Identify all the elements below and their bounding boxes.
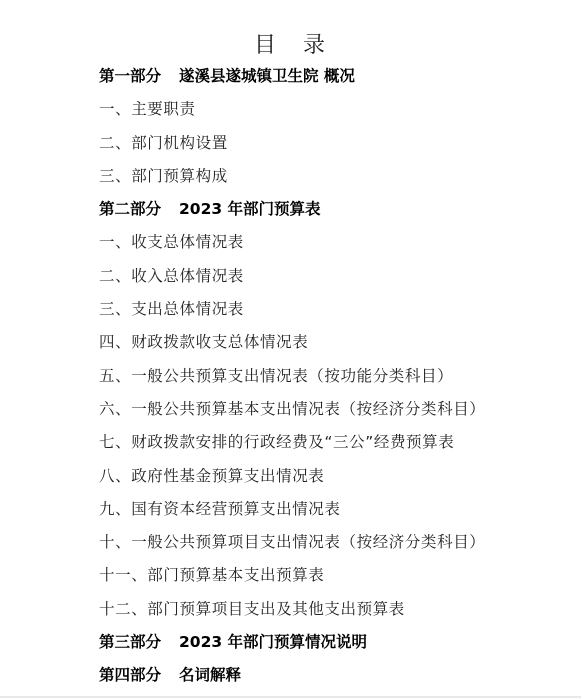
toc-part-label: 遂溪县遂城镇卫生院 概况 [179, 67, 355, 85]
table-of-contents: 第一部分遂溪县遂城镇卫生院 概况 一、主要职责 二、部门机构设置 三、部门预算构… [99, 64, 569, 697]
toc-part-number: 第二部分 [99, 200, 161, 218]
toc-part-label: 2023 年部门预算表 [179, 200, 321, 218]
toc-part-4[interactable]: 第四部分名词解释 [99, 663, 569, 696]
toc-item[interactable]: 九、国有资本经营预算支出情况表 [99, 497, 569, 530]
toc-item[interactable]: 三、支出总体情况表 [99, 297, 569, 330]
toc-item[interactable]: 二、部门机构设置 [99, 131, 569, 164]
toc-part-label: 名词解释 [179, 666, 241, 684]
toc-item[interactable]: 十二、部门预算项目支出及其他支出预算表 [99, 597, 569, 630]
toc-item[interactable]: 四、财政拨款收支总体情况表 [99, 330, 569, 363]
toc-item[interactable]: 二、收入总体情况表 [99, 264, 569, 297]
toc-item[interactable]: 七、财政拨款安排的行政经费及“三公”经费预算表 [99, 430, 569, 463]
toc-part-label: 2023 年部门预算情况说明 [179, 633, 367, 651]
toc-part-number: 第一部分 [99, 67, 161, 85]
toc-item[interactable]: 一、主要职责 [99, 97, 569, 130]
toc-item[interactable]: 一、收支总体情况表 [99, 230, 569, 263]
toc-item[interactable]: 三、部门预算构成 [99, 164, 569, 197]
toc-item[interactable]: 十一、部门预算基本支出预算表 [99, 563, 569, 596]
toc-item[interactable]: 八、政府性基金预算支出情况表 [99, 464, 569, 497]
toc-part-number: 第四部分 [99, 666, 161, 684]
toc-item[interactable]: 六、一般公共预算基本支出情况表（按经济分类科目） [99, 397, 569, 430]
document-page: 目 录 第一部分遂溪县遂城镇卫生院 概况 一、主要职责 二、部门机构设置 三、部… [0, 0, 581, 698]
toc-item[interactable]: 十、一般公共预算项目支出情况表（按经济分类科目） [99, 530, 569, 563]
toc-part-2[interactable]: 第二部分2023 年部门预算表 [99, 197, 569, 230]
toc-part-3[interactable]: 第三部分2023 年部门预算情况说明 [99, 630, 569, 663]
toc-part-number: 第三部分 [99, 633, 161, 651]
toc-item[interactable]: 五、一般公共预算支出情况表（按功能分类科目） [99, 364, 569, 397]
page-title: 目 录 [0, 28, 581, 59]
toc-part-1[interactable]: 第一部分遂溪县遂城镇卫生院 概况 [99, 64, 569, 97]
